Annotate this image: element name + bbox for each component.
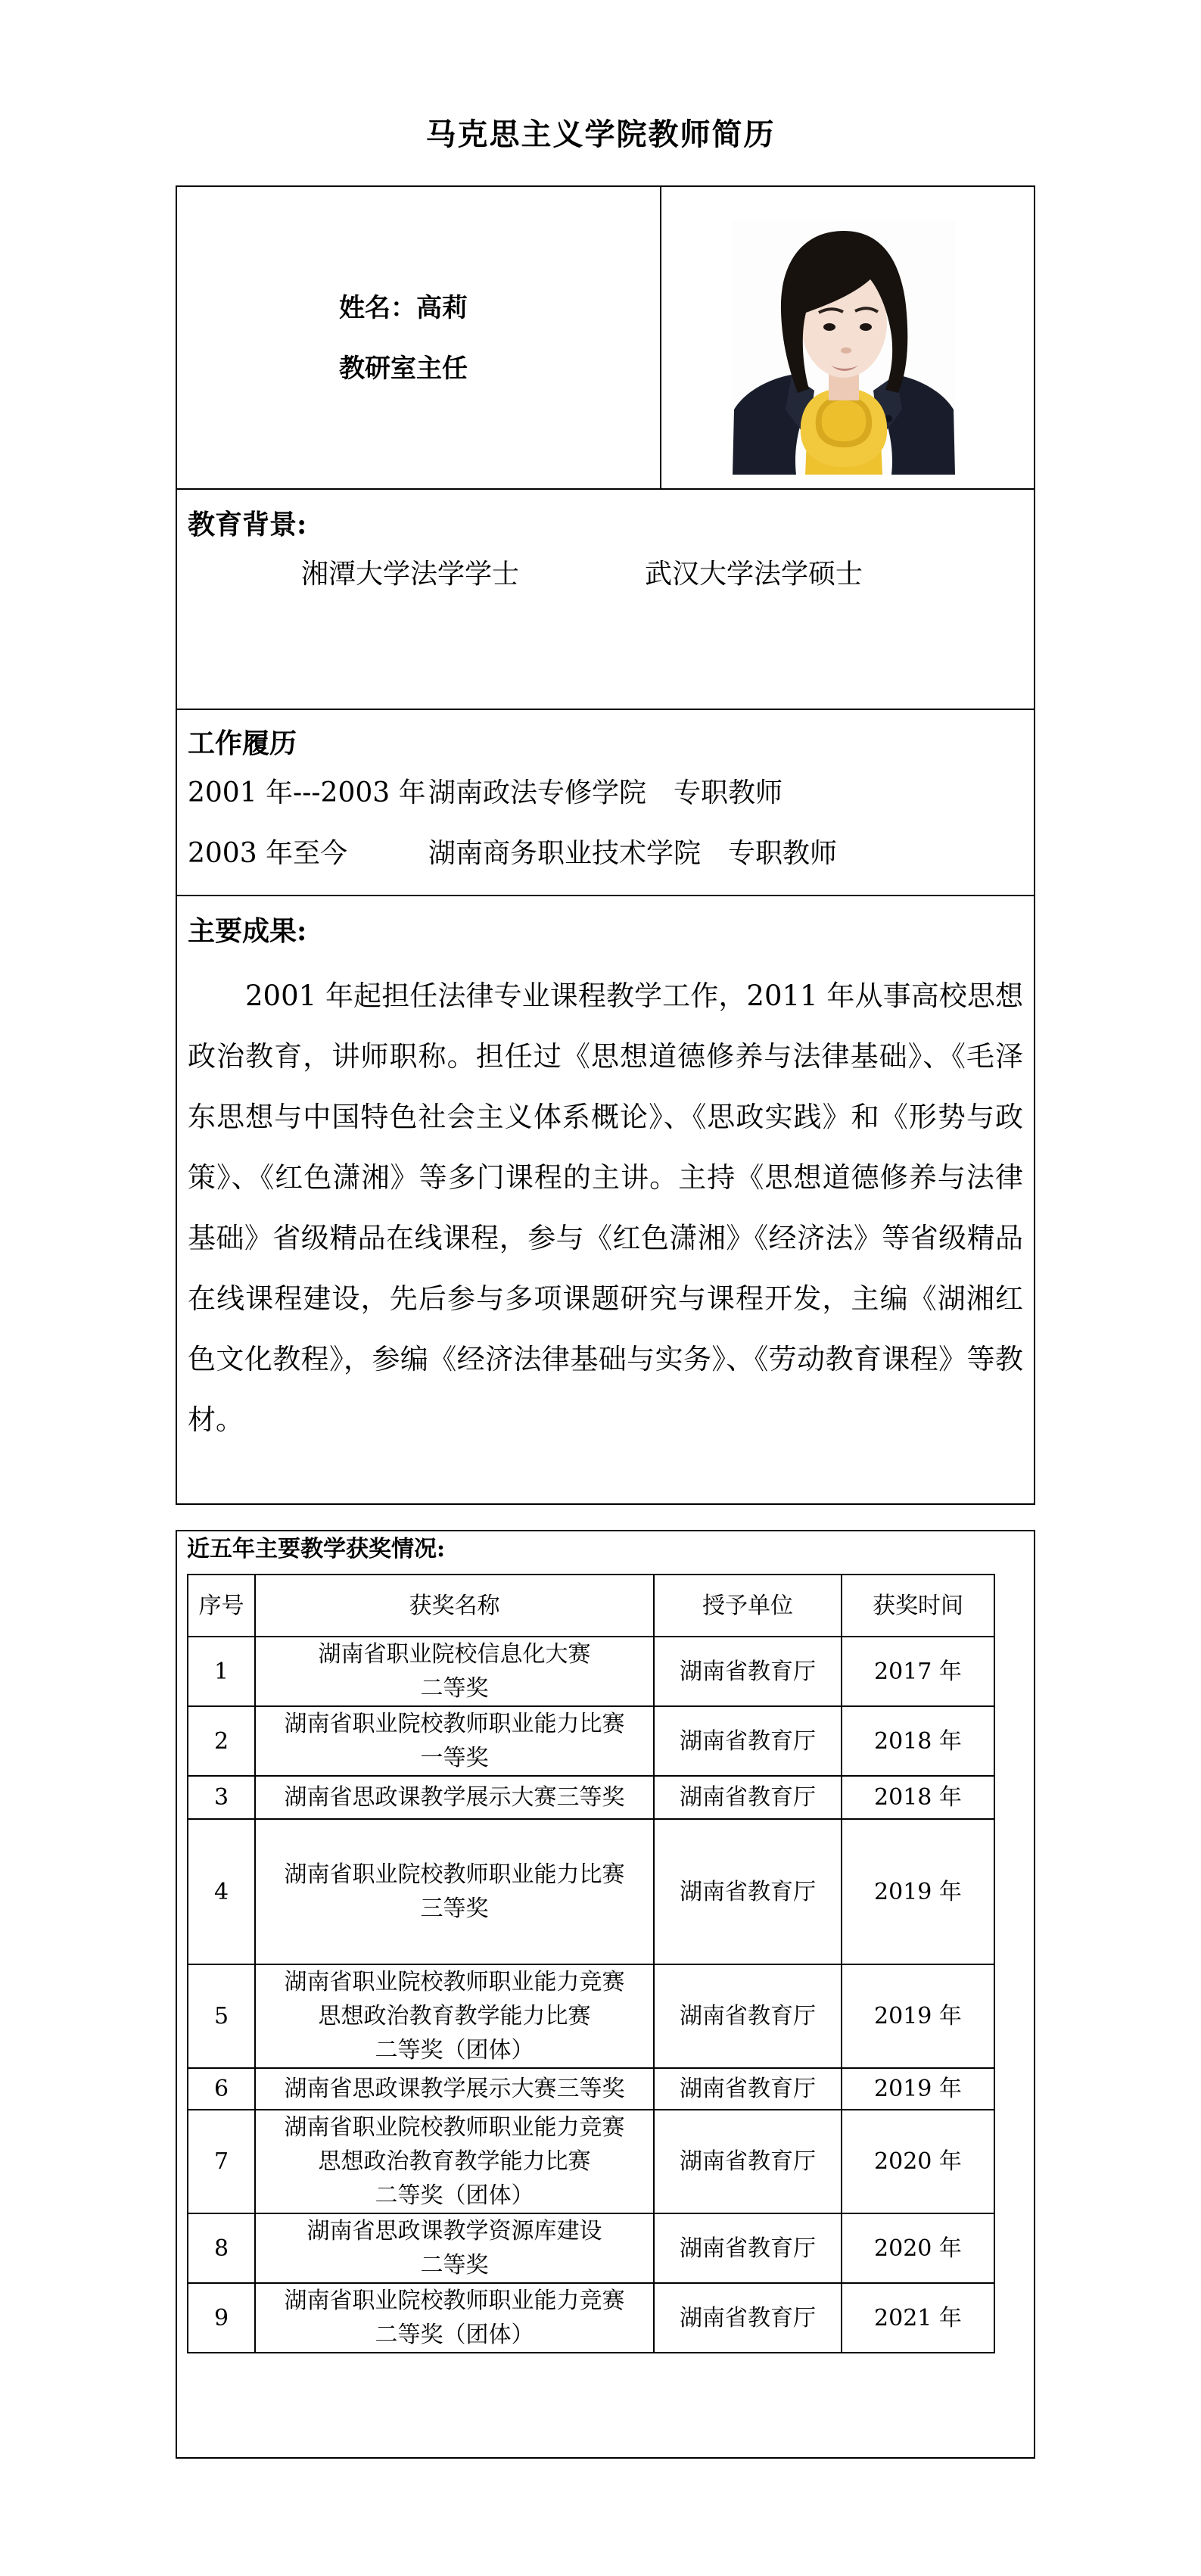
awards-heading: 近五年主要教学获奖情况:: [187, 1536, 1034, 1563]
serial-cell: 6: [188, 2068, 255, 2110]
education-section: 教育背景: 湘潭大学法学学士 武汉大学法学硕士: [177, 490, 1034, 710]
award-name-cell: 湖南省职业院校教师职业能力竞赛 思想政治教育教学能力比赛 二等奖（团体）: [255, 1964, 654, 2068]
awards-section: 近五年主要教学获奖情况: 序号 获奖名称 授予单位 获奖时间 1 湖南省职业院校…: [176, 1530, 1035, 2459]
table-row: 8 湖南省思政课教学资源库建设 二等奖 湖南省教育厅 2020 年: [188, 2213, 994, 2283]
time-cell: 2017 年: [842, 1637, 994, 1706]
profile-section: 姓名：高莉 教研室主任: [177, 187, 1034, 490]
unit-cell: 湖南省教育厅: [654, 1637, 842, 1706]
time-cell: 2020 年: [842, 2213, 994, 2283]
serial-cell: 1: [188, 1637, 255, 1706]
unit-cell: 湖南省教育厅: [654, 2213, 842, 2283]
awards-header-row: 序号 获奖名称 授予单位 获奖时间: [188, 1575, 994, 1637]
profile-table: 姓名：高莉 教研室主任: [176, 185, 1035, 1505]
unit-cell: 湖南省教育厅: [654, 1964, 842, 2068]
award-name-cell: 湖南省职业院校信息化大赛 二等奖: [255, 1637, 654, 1706]
serial-cell: 8: [188, 2213, 255, 2283]
table-row: 3 湖南省思政课教学展示大赛三等奖 湖南省教育厅 2018 年: [188, 1776, 994, 1819]
serial-cell: 3: [188, 1776, 255, 1819]
portrait-photo: [733, 220, 955, 475]
resume-page: 马克思主义学院教师简历 姓名：高莉 教研室主任: [0, 0, 1201, 2576]
unit-cell: 湖南省教育厅: [654, 1776, 842, 1819]
work-detail: 湖南商务职业技术学院 专职教师: [428, 838, 837, 869]
unit-cell: 湖南省教育厅: [654, 1706, 842, 1776]
work-row: 2001 年---2003 年湖南政法专修学院 专职教师: [188, 763, 1023, 824]
education-item: 湘潭大学法学学士: [301, 558, 519, 591]
serial-cell: 9: [188, 2283, 255, 2353]
work-period: 2003 年至今: [188, 824, 428, 884]
table-row: 1 湖南省职业院校信息化大赛 二等奖 湖南省教育厅 2017 年: [188, 1637, 994, 1706]
unit-cell: 湖南省教育厅: [654, 2283, 842, 2353]
time-cell: 2021 年: [842, 2283, 994, 2353]
time-cell: 2020 年: [842, 2110, 994, 2213]
profile-name: 姓名：高莉: [339, 293, 660, 323]
serial-cell: 2: [188, 1706, 255, 1776]
document-title: 马克思主义学院教师简历: [0, 111, 1201, 154]
achievements-heading: 主要成果:: [188, 914, 1023, 948]
time-cell: 2018 年: [842, 1776, 994, 1819]
serial-cell: 7: [188, 2110, 255, 2213]
serial-cell: 4: [188, 1819, 255, 1964]
education-heading: 教育背景:: [188, 508, 1023, 541]
table-row: 6 湖南省思政课教学展示大赛三等奖 湖南省教育厅 2019 年: [188, 2068, 994, 2110]
time-cell: 2018 年: [842, 1706, 994, 1776]
work-section: 工作履历 2001 年---2003 年湖南政法专修学院 专职教师 2003 年…: [177, 710, 1034, 896]
work-row: 2003 年至今湖南商务职业技术学院 专职教师: [188, 824, 1023, 884]
table-row: 5 湖南省职业院校教师职业能力竞赛 思想政治教育教学能力比赛 二等奖（团体） 湖…: [188, 1964, 994, 2068]
column-header-time: 获奖时间: [842, 1575, 994, 1637]
award-name-cell: 湖南省职业院校教师职业能力竞赛 二等奖（团体）: [255, 2283, 654, 2353]
education-item: 武汉大学法学硕士: [645, 558, 863, 591]
serial-cell: 5: [188, 1964, 255, 2068]
work-detail: 湖南政法专修学院 专职教师: [428, 777, 783, 808]
work-period: 2001 年---2003 年: [188, 763, 428, 824]
education-items: 湘潭大学法学学士 武汉大学法学硕士: [188, 558, 1023, 591]
time-cell: 2019 年: [842, 2068, 994, 2110]
award-name-cell: 湖南省职业院校教师职业能力竞赛 思想政治教育教学能力比赛 二等奖（团体）: [255, 2110, 654, 2213]
table-row: 9 湖南省职业院校教师职业能力竞赛 二等奖（团体） 湖南省教育厅 2021 年: [188, 2283, 994, 2353]
table-row: 7 湖南省职业院校教师职业能力竞赛 思想政治教育教学能力比赛 二等奖（团体） 湖…: [188, 2110, 994, 2213]
award-name-cell: 湖南省思政课教学资源库建设 二等奖: [255, 2213, 654, 2283]
time-cell: 2019 年: [842, 1964, 994, 2068]
achievements-section: 主要成果: 2001 年起担任法律专业课程教学工作，2011 年从事高校思想政治…: [177, 896, 1034, 1503]
award-name-cell: 湖南省思政课教学展示大赛三等奖: [255, 1776, 654, 1819]
work-heading: 工作履历: [188, 727, 1023, 760]
award-name-cell: 湖南省职业院校教师职业能力比赛 三等奖: [255, 1819, 654, 1964]
column-header-unit: 授予单位: [654, 1575, 842, 1637]
time-cell: 2019 年: [842, 1819, 994, 1964]
achievements-paragraph: 2001 年起担任法律专业课程教学工作，2011 年从事高校思想政治教育，讲师职…: [188, 966, 1023, 1450]
awards-table: 序号 获奖名称 授予单位 获奖时间 1 湖南省职业院校信息化大赛 二等奖 湖南省…: [187, 1574, 995, 2353]
unit-cell: 湖南省教育厅: [654, 2110, 842, 2213]
column-header-award-name: 获奖名称: [255, 1575, 654, 1637]
column-header-serial: 序号: [188, 1575, 255, 1637]
unit-cell: 湖南省教育厅: [654, 2068, 842, 2110]
award-name-cell: 湖南省思政课教学展示大赛三等奖: [255, 2068, 654, 2110]
profile-role: 教研室主任: [339, 354, 660, 384]
work-lines: 2001 年---2003 年湖南政法专修学院 专职教师 2003 年至今湖南商…: [188, 763, 1023, 884]
profile-photo-cell: [661, 187, 1034, 488]
profile-info-cell: 姓名：高莉 教研室主任: [177, 187, 661, 488]
unit-cell: 湖南省教育厅: [654, 1819, 842, 1964]
table-row: 2 湖南省职业院校教师职业能力比赛 一等奖 湖南省教育厅 2018 年: [188, 1706, 994, 1776]
table-row: 4 湖南省职业院校教师职业能力比赛 三等奖 湖南省教育厅 2019 年: [188, 1819, 994, 1964]
award-name-cell: 湖南省职业院校教师职业能力比赛 一等奖: [255, 1706, 654, 1776]
